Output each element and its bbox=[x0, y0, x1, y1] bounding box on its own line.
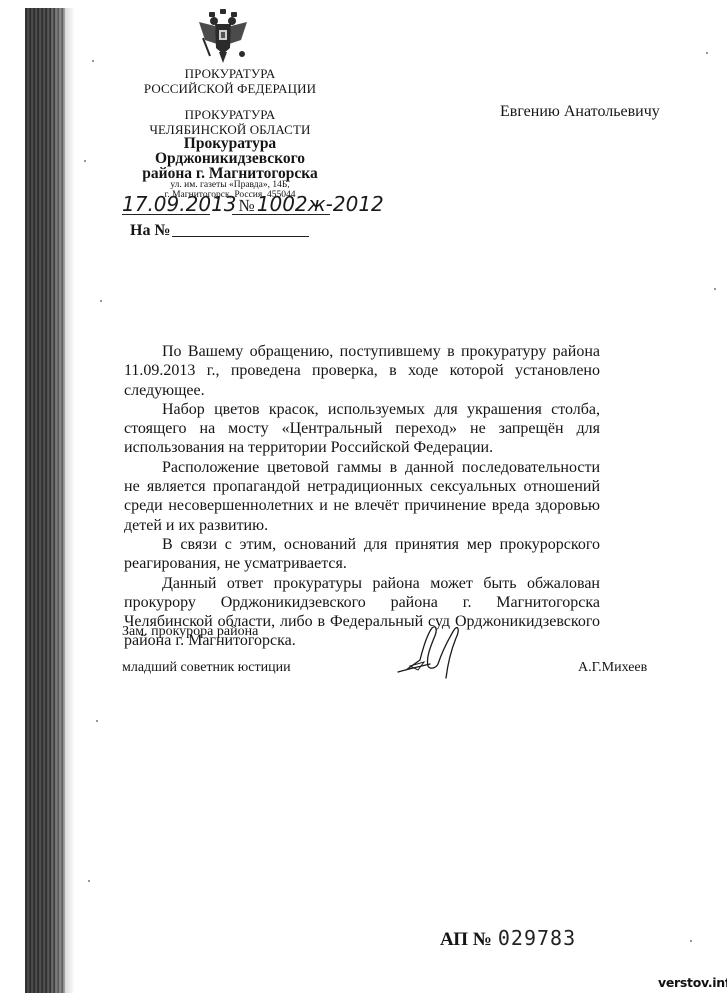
scan-speck bbox=[706, 52, 708, 54]
org-name-line2: РОССИЙСКОЙ ФЕДЕРАЦИИ bbox=[110, 81, 350, 97]
letter-body: По Вашему обращению, поступившему в прок… bbox=[124, 342, 600, 651]
signatory-position-line1: Зам. прокурора района bbox=[122, 624, 258, 640]
source-watermark: verstov.info bbox=[658, 975, 727, 990]
reply-to-blank-line bbox=[172, 236, 309, 237]
scanner-shadow-fade bbox=[55, 8, 75, 993]
body-paragraph: Набор цветов красок, используемых для ук… bbox=[124, 400, 600, 458]
signatory-name: А.Г.Михеев bbox=[578, 660, 647, 676]
body-paragraph: В связи с этим, оснований для принятия м… bbox=[124, 535, 600, 574]
body-paragraph: По Вашему обращению, поступившему в прок… bbox=[124, 342, 600, 400]
form-serial-label: АП № bbox=[440, 929, 492, 950]
number-mark: № bbox=[239, 196, 255, 215]
signatory-position-line2: младший советник юстиции bbox=[122, 660, 291, 676]
date-underline bbox=[122, 214, 210, 215]
org-name-line1: ПРОКУРАТУРА bbox=[110, 66, 350, 82]
form-serial-number: АП №029783 bbox=[440, 926, 576, 951]
russian-coat-of-arms-icon bbox=[195, 8, 251, 64]
address-line1: ул. им. газеты «Правда», 14Б, bbox=[110, 180, 350, 190]
region-name-line1: ПРОКУРАТУРА bbox=[110, 107, 350, 123]
body-paragraph: Расположение цветовой гаммы в данной пос… bbox=[124, 458, 600, 535]
scan-speck bbox=[88, 880, 90, 882]
number-underline bbox=[232, 214, 330, 215]
reply-to-label: На № bbox=[130, 222, 171, 240]
handwritten-number: 1002ж-2012 bbox=[257, 192, 384, 216]
recipient-name: Евгению Анатольевичу bbox=[500, 103, 660, 121]
scan-speck bbox=[96, 720, 98, 722]
scan-speck bbox=[100, 300, 102, 302]
handwritten-date: 17.09.2013 bbox=[122, 192, 237, 216]
outgoing-date-number: 17.09.2013№1002ж-2012 bbox=[122, 192, 384, 216]
scan-speck bbox=[690, 940, 692, 942]
scan-speck bbox=[714, 288, 716, 290]
handwritten-signature-icon bbox=[392, 622, 472, 682]
scan-speck bbox=[84, 160, 86, 162]
scan-speck bbox=[92, 60, 94, 62]
form-serial-value: 029783 bbox=[498, 926, 576, 950]
